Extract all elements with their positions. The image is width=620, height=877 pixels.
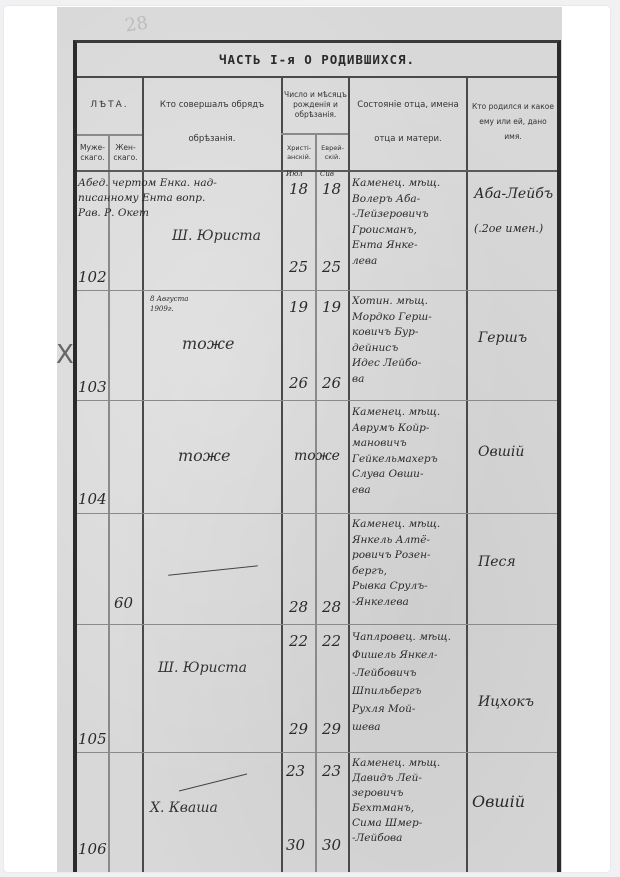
column-divider bbox=[108, 134, 110, 872]
parents-line: Слува Овши- bbox=[352, 467, 468, 483]
birth-date-jewish: 23 bbox=[322, 762, 341, 780]
parents-info: Хотин. мѣщ. Мордко Герш- ковичъ Бур- дей… bbox=[352, 294, 468, 387]
child-name: Гершъ bbox=[478, 330, 527, 346]
parents-line: зеровичъ bbox=[352, 786, 468, 801]
parents-line: Сима Шмер- bbox=[352, 816, 468, 831]
parents-line: Бехтманъ, bbox=[352, 801, 468, 816]
row-divider bbox=[77, 400, 557, 401]
parents-line: Рывка Срулъ- bbox=[352, 579, 468, 595]
parents-line: Каменец. мѣщ. bbox=[352, 756, 468, 771]
parents-line: Хотин. мѣщ. bbox=[352, 294, 468, 310]
performer-name: Ш. Юриста bbox=[158, 660, 247, 676]
parents-line: Гроисманъ, bbox=[352, 223, 468, 239]
birth-date-christian: 19 bbox=[289, 298, 308, 316]
parents-info: Каменец. мѣщ. Янкель Алтё- ровичъ Розен-… bbox=[352, 517, 468, 610]
header-christian: Христі-анскій. bbox=[283, 136, 315, 170]
parents-info: Каменец. мѣщ. Давидъ Лей- зеровичъ Бехтм… bbox=[352, 756, 468, 846]
parents-line: лева bbox=[352, 254, 468, 270]
header-parents: Состояніе отца, имена bbox=[350, 96, 466, 116]
child-name: Аба-Лейбъ bbox=[474, 186, 553, 202]
parents-line: ровичъ Розен- bbox=[352, 548, 468, 564]
header-divider bbox=[281, 133, 348, 135]
header-date: Число и мѣсяцъ рожденія и обрѣзанія. bbox=[283, 78, 348, 132]
header-bottom-rule bbox=[77, 170, 557, 172]
header-performer-2: обрѣзанія. bbox=[143, 130, 281, 150]
parents-line: -Лейбовичъ bbox=[352, 664, 468, 682]
parents-line: -Янкелева bbox=[352, 595, 468, 611]
performer-name: тоже bbox=[182, 334, 234, 353]
child-name: Овшій bbox=[478, 444, 524, 460]
performer-name: Х. Кваша bbox=[150, 800, 218, 816]
parents-line: ковичъ Бур- bbox=[352, 325, 468, 341]
note-line: 1909г. bbox=[150, 304, 188, 314]
female-age-entry: 60 bbox=[114, 594, 133, 612]
parents-line: Каменец. мѣщ. bbox=[352, 176, 468, 192]
performer-note: 8 Августа 1909г. bbox=[150, 294, 188, 314]
performer-note: Абед. чертом Енка. над- писанному Ента в… bbox=[78, 176, 217, 221]
parents-line: Идес Лейбо- bbox=[352, 356, 468, 372]
parents-info: Каменец. мѣщ. Аврумъ Койр- мановичъ Гейк… bbox=[352, 405, 468, 498]
month-jewish: Сив bbox=[320, 170, 334, 178]
birth-date-jewish: 28 bbox=[322, 598, 341, 616]
birth-date-jewish: 22 bbox=[322, 632, 341, 650]
record-number: 106 bbox=[78, 840, 107, 858]
page-title: ЧАСТЬ I-я О РОДИВШИХСЯ. bbox=[77, 42, 557, 78]
parents-line: Давидъ Лей- bbox=[352, 771, 468, 786]
note-line: 8 Августа bbox=[150, 294, 188, 304]
row-divider bbox=[77, 513, 557, 514]
parents-line: Шпильбергъ bbox=[352, 682, 468, 700]
parents-line: Каменец. мѣщ. bbox=[352, 517, 468, 533]
date-same: тоже bbox=[294, 448, 340, 464]
record-number: 103 bbox=[78, 378, 107, 396]
row-divider bbox=[77, 752, 557, 753]
header-child: Кто родился и какое ему или ей, дано имя… bbox=[470, 86, 556, 156]
margin-mark: X bbox=[56, 340, 74, 370]
row-divider bbox=[77, 624, 557, 625]
circumcision-date-christian: 26 bbox=[289, 374, 308, 392]
corner-page-number: 28 bbox=[124, 13, 150, 37]
parents-line: ва bbox=[352, 372, 468, 388]
header-years: ЛѢТА. bbox=[77, 80, 142, 130]
birth-date-jewish: 19 bbox=[322, 298, 341, 316]
parents-line: Каменец. мѣщ. bbox=[352, 405, 468, 421]
birth-date-christian: 22 bbox=[289, 632, 308, 650]
parents-line: Аврумъ Койр- bbox=[352, 421, 468, 437]
record-number: 104 bbox=[78, 490, 107, 508]
parents-line: Фишель Янкел- bbox=[352, 646, 468, 664]
parents-line: Гейкельмахеръ bbox=[352, 452, 468, 468]
parents-line: Рухля Мой- bbox=[352, 700, 468, 718]
birth-date-christian: 23 bbox=[286, 762, 305, 780]
circumcision-date-jewish: 25 bbox=[322, 258, 341, 276]
note-line: Рав. Р. Окет bbox=[78, 206, 217, 221]
parents-line: Мордко Герш- bbox=[352, 310, 468, 326]
performer-name: тоже bbox=[178, 446, 230, 465]
performer-name: Ш. Юриста bbox=[172, 228, 261, 244]
circumcision-date-christian: 30 bbox=[286, 836, 305, 854]
child-name: Овшій bbox=[472, 792, 525, 811]
child-name: Песя bbox=[478, 554, 516, 570]
circumcision-date-christian: 29 bbox=[289, 720, 308, 738]
parents-line: Чаплровец. мѣщ. bbox=[352, 628, 468, 646]
row-divider bbox=[77, 290, 557, 291]
record-number: 102 bbox=[78, 268, 107, 286]
parents-line: ева bbox=[352, 483, 468, 499]
parents-line: мановичъ bbox=[352, 436, 468, 452]
header-female: Жен-скаго. bbox=[109, 136, 142, 170]
child-name-note: (.2ое имен.) bbox=[474, 222, 543, 235]
birth-date-christian: 18 bbox=[289, 180, 308, 198]
parents-line: Ента Янке- bbox=[352, 238, 468, 254]
record-number: 105 bbox=[78, 730, 107, 748]
header-performer: Кто совершалъ обрядъ bbox=[143, 96, 281, 116]
column-divider bbox=[315, 134, 317, 872]
circumcision-date-jewish: 26 bbox=[322, 374, 341, 392]
circumcision-date-jewish: 30 bbox=[322, 836, 341, 854]
parents-line: Янкель Алтё- bbox=[352, 533, 468, 549]
circumcision-date-jewish: 29 bbox=[322, 720, 341, 738]
parents-info: Чаплровец. мѣщ. Фишель Янкел- -Лейбовичъ… bbox=[352, 628, 468, 736]
parents-line: -Лейбова bbox=[352, 831, 468, 846]
month-christian: Июл bbox=[286, 170, 303, 178]
birth-date-jewish: 18 bbox=[322, 180, 341, 198]
parents-line: дейнисъ bbox=[352, 341, 468, 357]
note-line: писанному Ента вопр. bbox=[78, 191, 217, 206]
header-jewish: Еврей-скій. bbox=[317, 136, 348, 170]
circumcision-date-christian: 25 bbox=[289, 258, 308, 276]
parents-line: бергъ, bbox=[352, 564, 468, 580]
child-name: Ицхокъ bbox=[478, 694, 534, 710]
header-parents-2: отца и матери. bbox=[350, 130, 466, 150]
parents-line: -Лейзеровичъ bbox=[352, 207, 468, 223]
birth-date-christian: 28 bbox=[289, 598, 308, 616]
header-male: Муже-скаго. bbox=[77, 136, 108, 170]
note-line: Абед. чертом Енка. над- bbox=[78, 176, 217, 191]
parents-line: Волеръ Аба- bbox=[352, 192, 468, 208]
parents-line: шева bbox=[352, 718, 468, 736]
parents-info: Каменец. мѣщ. Волеръ Аба- -Лейзеровичъ Г… bbox=[352, 176, 468, 269]
